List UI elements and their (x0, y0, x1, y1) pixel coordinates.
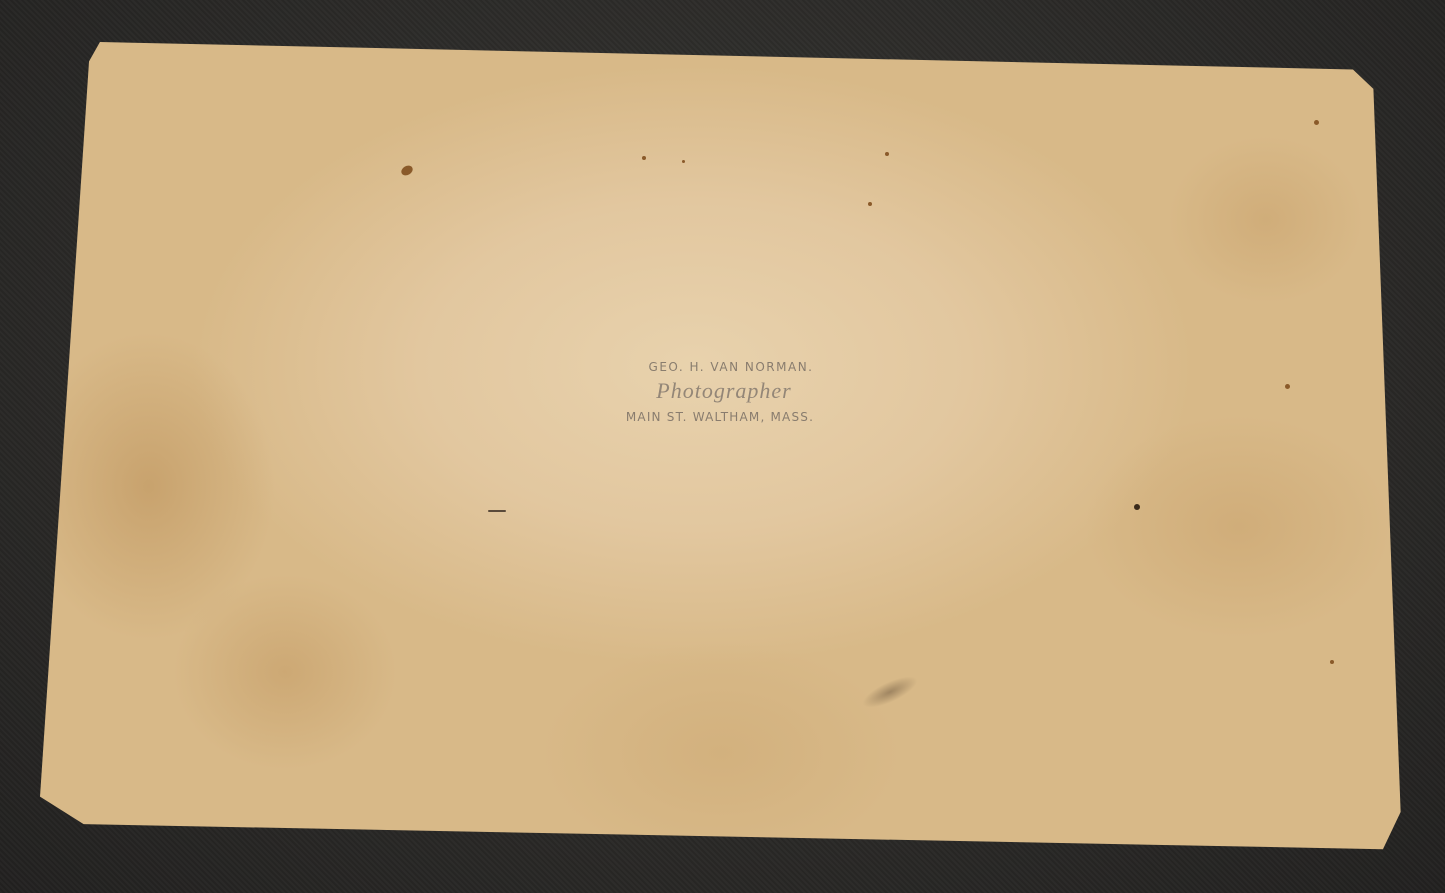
photographer-title: Photographer (583, 378, 865, 404)
stain-spot (642, 156, 646, 160)
stain-spot (885, 152, 889, 156)
photographer-name: GEO. H. VAN NORMAN. (597, 360, 865, 374)
cabinet-card-back: GEO. H. VAN NORMAN. Photographer MAIN ST… (40, 42, 1402, 850)
stain-spot (400, 164, 415, 178)
stain-spot (1330, 660, 1334, 664)
stain-spot (682, 160, 685, 163)
scuff-mark (859, 670, 922, 713)
stain-spot (1285, 384, 1290, 389)
stain-spot (1314, 120, 1319, 125)
stain-spot (488, 510, 506, 512)
stain-spot (868, 202, 872, 206)
stain-spot (1134, 504, 1140, 510)
studio-address: MAIN ST. WALTHAM, MASS. (575, 410, 865, 424)
photographer-imprint: GEO. H. VAN NORMAN. Photographer MAIN ST… (575, 360, 865, 424)
